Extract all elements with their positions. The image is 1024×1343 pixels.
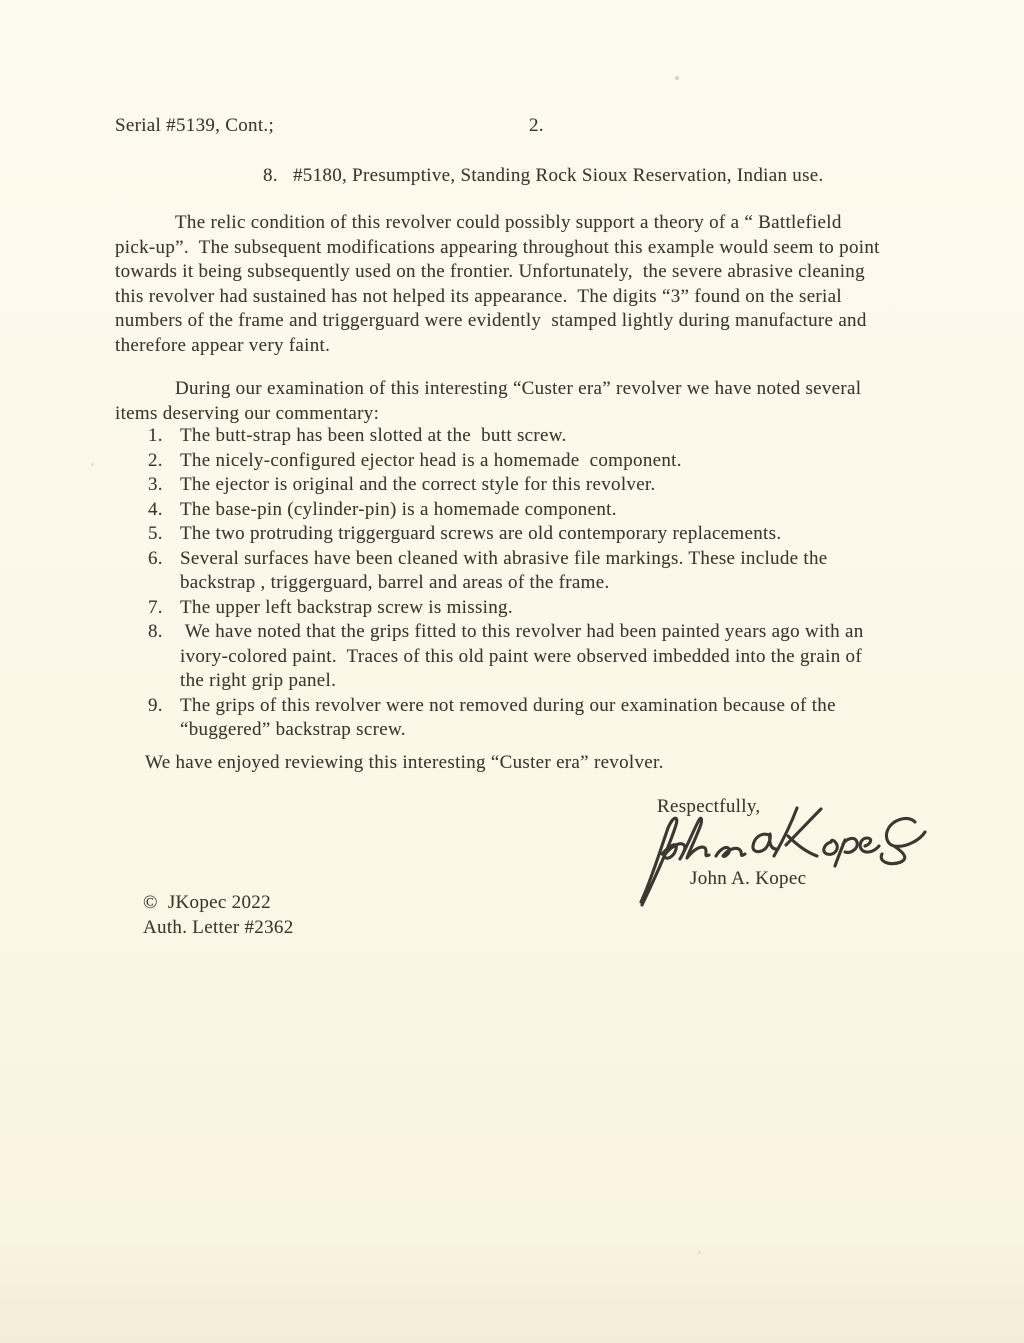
paragraph-line: towards it being subsequently used on th…	[115, 260, 935, 285]
list-item: 6. Several surfaces have been cleaned wi…	[148, 547, 938, 596]
page-number: 2.	[529, 114, 544, 139]
list-item: 9. The grips of this revolver were not r…	[148, 694, 938, 743]
scan-speckle	[675, 76, 679, 80]
list-item-text: Several surfaces have been cleaned with …	[180, 547, 828, 596]
list-item-line: The butt-strap has been slotted at the b…	[180, 424, 567, 449]
list-item-text: We have noted that the grips fitted to t…	[180, 620, 864, 694]
paragraph-line: pick-up”. The subsequent modifications a…	[115, 236, 935, 261]
paragraph-line: numbers of the frame and triggerguard we…	[115, 309, 935, 334]
list-item-line: backstrap , triggerguard, barrel and are…	[180, 571, 828, 596]
paragraph-line: The relic condition of this revolver cou…	[115, 211, 935, 236]
list-item-line: The two protruding triggerguard screws a…	[180, 522, 781, 547]
list-item-line: The ejector is original and the correct …	[180, 473, 656, 498]
list-item-line: The base-pin (cylinder-pin) is a homemad…	[180, 498, 617, 523]
list-item: 1. The butt-strap has been slotted at th…	[148, 424, 938, 449]
list-item-number: 6.	[148, 547, 180, 596]
list-item-number: 7.	[148, 596, 180, 621]
paragraph-line: therefore appear very faint.	[115, 334, 935, 359]
signature-handwritten	[628, 792, 928, 910]
list-item-line: The grips of this revolver were not remo…	[180, 694, 836, 719]
list-item-line: Several surfaces have been cleaned with …	[180, 547, 828, 572]
list-item: 3. The ejector is original and the corre…	[148, 473, 938, 498]
subject-line: 8. #5180, Presumptive, Standing Rock Sio…	[263, 164, 824, 189]
paragraph-line: items deserving our commentary:	[115, 402, 935, 427]
list-item-line: The upper left backstrap screw is missin…	[180, 596, 513, 621]
list-item-text: The ejector is original and the correct …	[180, 473, 656, 498]
paragraph-line: During our examination of this interesti…	[115, 377, 935, 402]
commentary-list: 1. The butt-strap has been slotted at th…	[148, 424, 938, 743]
list-item-number: 9.	[148, 694, 180, 743]
list-item-text: The nicely-configured ejector head is a …	[180, 449, 682, 474]
list-item-number: 8.	[148, 620, 180, 694]
copyright-line: © JKopec 2022	[143, 891, 271, 916]
closing-line: We have enjoyed reviewing this interesti…	[145, 751, 664, 776]
list-item-line: We have noted that the grips fitted to t…	[180, 620, 864, 645]
list-item-number: 2.	[148, 449, 180, 474]
scan-speckle	[91, 463, 94, 466]
paragraph-line: this revolver had sustained has not help…	[115, 285, 935, 310]
paragraph-relic-condition: The relic condition of this revolver cou…	[115, 211, 935, 358]
scan-speckle	[698, 1251, 701, 1254]
list-item: 7. The upper left backstrap screw is mis…	[148, 596, 938, 621]
list-item-line: the right grip panel.	[180, 669, 864, 694]
typed-name: John A. Kopec	[690, 867, 806, 892]
list-item: 8. We have noted that the grips fitted t…	[148, 620, 938, 694]
list-item-line: “buggered” backstrap screw.	[180, 718, 836, 743]
list-item: 2. The nicely-configured ejector head is…	[148, 449, 938, 474]
list-item-number: 1.	[148, 424, 180, 449]
auth-letter-number: Auth. Letter #2362	[143, 916, 294, 941]
list-item-number: 4.	[148, 498, 180, 523]
list-item-text: The butt-strap has been slotted at the b…	[180, 424, 567, 449]
list-item-text: The base-pin (cylinder-pin) is a homemad…	[180, 498, 617, 523]
list-item-line: The nicely-configured ejector head is a …	[180, 449, 682, 474]
paragraph-examination: During our examination of this interesti…	[115, 377, 935, 426]
list-item-number: 5.	[148, 522, 180, 547]
list-item-line: ivory-colored paint. Traces of this old …	[180, 645, 864, 670]
list-item: 5. The two protruding triggerguard screw…	[148, 522, 938, 547]
list-item-text: The grips of this revolver were not remo…	[180, 694, 836, 743]
list-item-number: 3.	[148, 473, 180, 498]
list-item-text: The upper left backstrap screw is missin…	[180, 596, 513, 621]
list-item: 4. The base-pin (cylinder-pin) is a home…	[148, 498, 938, 523]
list-item-text: The two protruding triggerguard screws a…	[180, 522, 781, 547]
letter-page: Serial #5139, Cont.; 2. 8. #5180, Presum…	[0, 0, 1024, 1343]
serial-header: Serial #5139, Cont.;	[115, 114, 274, 139]
